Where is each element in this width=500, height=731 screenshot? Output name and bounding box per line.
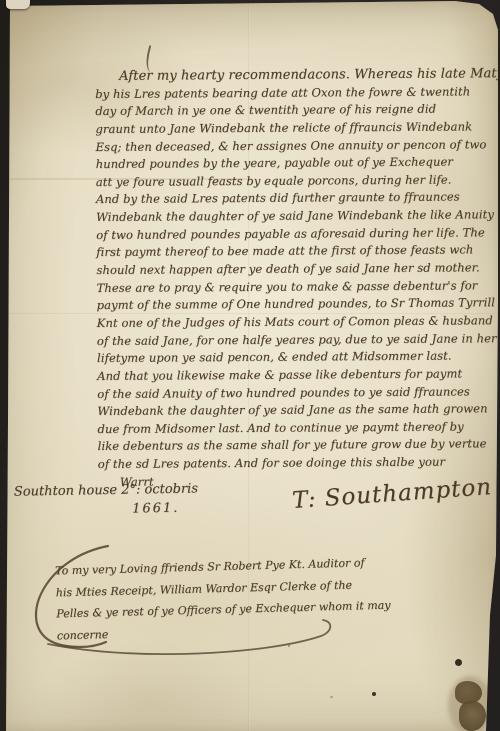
ink-blot	[459, 701, 486, 731]
scan-background: After my hearty recommendacons. Whereas …	[0, 0, 500, 731]
letter-body: After my hearty recommendacons. Whereas …	[95, 65, 498, 491]
ink-blot	[455, 681, 482, 704]
ink-dot	[372, 692, 376, 696]
ink-blot-halo	[448, 676, 492, 731]
paper-fragment	[6, 0, 30, 9]
body-line: graunt unto Jane Windebank the relicte o…	[95, 118, 495, 138]
letter-page: After my hearty recommendacons. Whereas …	[0, 0, 500, 731]
paper-speck	[288, 645, 290, 647]
body-line: And that you likewise make & passe like …	[97, 365, 497, 385]
address-block: To my very Loving ffriends Sr Robert Pye…	[55, 552, 391, 647]
body-line: After my hearty recommendacons. Whereas …	[119, 65, 495, 85]
dateline: Southton house 2°: octobris 1661.	[14, 481, 199, 518]
ink-dot	[455, 659, 462, 666]
dateline-place: Southton house 2°: octobris	[14, 481, 198, 499]
body-line: of the sd Lres patents. And for soe doin…	[98, 453, 498, 473]
dateline-year: 1661.	[132, 500, 198, 516]
paper-speck	[330, 696, 333, 698]
body-line: Knt one of the Judges of his Mats court …	[97, 312, 497, 332]
